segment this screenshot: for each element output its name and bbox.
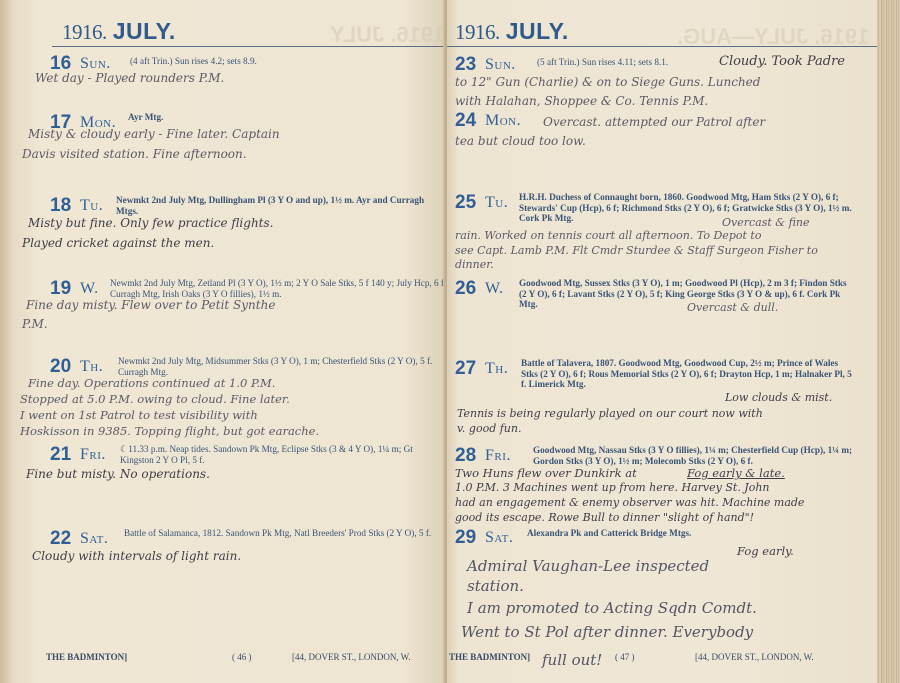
printed-notes: Battle of Talavera, 1807. Goodwood Mtg, … <box>521 358 856 390</box>
header-year: 1916. <box>62 20 107 44</box>
handwritten-line: Went to St Pol after dinner. Everybody <box>461 620 753 644</box>
day-name: W. <box>80 280 99 298</box>
day-number: 27 <box>455 358 476 380</box>
page-number: ( 47 ) <box>615 652 635 662</box>
handwritten-line: P.M. <box>22 316 48 332</box>
day-number: 24 <box>455 110 476 132</box>
day-number: 23 <box>455 54 476 76</box>
page-header: 1916.JULY. <box>62 18 176 45</box>
handwritten-line: rain. Worked on tennis court all afterno… <box>455 228 761 244</box>
day-name: Tu. <box>80 197 103 215</box>
handwritten-line: Fine day misty. Flew over to Petit Synth… <box>26 297 275 313</box>
page-number: ( 46 ) <box>232 652 252 662</box>
day-name: Sat. <box>485 529 513 547</box>
handwritten-line: Tennis is being regularly played on our … <box>457 406 763 422</box>
printed-notes: ☾11.33 p.m. Neap tides. Sandown Pk Mtg, … <box>120 444 448 465</box>
day-number: 21 <box>50 444 71 466</box>
handwritten-line: Cloudy with intervals of light rain. <box>32 548 241 564</box>
day-number: 28 <box>455 445 476 467</box>
handwritten-line: station. <box>467 574 524 598</box>
handwritten-line: Fog early & late. <box>687 465 785 481</box>
handwritten-line: Cloudy. Took Padre <box>719 54 845 70</box>
day-name: Fri. <box>80 446 106 464</box>
printed-notes: Newmkt 2nd July Mtg, Zetland Pl (3 Y O),… <box>110 278 448 299</box>
printed-notes: Goodwood Mtg, Nassau Stks (3 Y O fillies… <box>533 445 858 466</box>
handwritten-line: 1.0 P.M. 3 Machines went up from here. H… <box>455 480 770 496</box>
header-rule <box>52 46 444 47</box>
header-year: 1916. <box>455 20 500 44</box>
handwritten-line: with Halahan, Shoppee & Co. Tennis P.M. <box>455 93 708 109</box>
day-name: Sun. <box>485 56 516 74</box>
footer-publisher: THE BADMINTON] <box>449 652 530 662</box>
left-page: 1916. JULY 1916.JULY. 16 Sun. (4 aft Tri… <box>0 0 447 683</box>
handwritten-line: full out! <box>542 648 602 672</box>
day-number: 22 <box>50 528 71 550</box>
handwritten-line: Fog early. <box>737 543 794 559</box>
printed-notes: Alexandra Pk and Catterick Bridge Mtgs. <box>527 528 691 539</box>
handwritten-line: Stopped at 5.0 P.M. owing to cloud. Fine… <box>20 391 290 407</box>
handwritten-line: Overcast & dull. <box>687 300 778 316</box>
handwritten-line: Misty but fine. Only few practice flight… <box>28 215 273 231</box>
printed-notes: Ayr Mtg. <box>128 112 163 123</box>
printed-notes: Battle of Salamanca, 1812. Sandown Pk Mt… <box>124 528 448 539</box>
diary-spread: 1916. JULY 1916.JULY. 16 Sun. (4 aft Tri… <box>0 0 900 683</box>
day-name: Sat. <box>80 530 108 548</box>
printed-notes: Newmkt 2nd July Mtg, Midsummer Stks (3 Y… <box>118 356 448 377</box>
show-through-header: 1916. JULY <box>330 22 445 48</box>
handwritten-line: see Capt. Lamb P.M. Flt Cmdr Sturdee & S… <box>455 243 818 259</box>
handwritten-line: Fine day. Operations continued at 1.0 P.… <box>28 375 275 391</box>
day-name: Mon. <box>485 112 521 130</box>
footer-address: [44, DOVER ST., LONDON, W. <box>292 652 411 662</box>
handwritten-line: good its escape. Rowe Bull to dinner "sl… <box>455 510 754 526</box>
day-name: Th. <box>80 358 103 376</box>
printed-notes: (4 aft Trin.) Sun rises 4.2; sets 8.9. <box>130 56 257 67</box>
day-number: 29 <box>455 527 476 549</box>
handwritten-line: dinner. <box>455 257 494 273</box>
day-name: Th. <box>485 360 508 378</box>
day-name: Fri. <box>485 447 511 465</box>
header-month: JULY. <box>506 18 569 44</box>
printed-notes: (5 aft Trin.) Sun rises 4.11; sets 8.1. <box>537 57 668 68</box>
day-name: W. <box>485 280 504 298</box>
page-edges <box>877 0 900 683</box>
header-rule <box>447 46 877 47</box>
handwritten-line: Misty & cloudy early - Fine later. Capta… <box>28 126 280 142</box>
handwritten-line: tea but cloud too low. <box>455 133 586 149</box>
handwritten-line: I went on 1st Patrol to test visibility … <box>20 407 258 423</box>
page-header: 1916.JULY. <box>455 18 569 45</box>
day-number: 26 <box>455 278 476 300</box>
day-name: Tu. <box>485 194 508 212</box>
handwritten-line: Wet day - Played rounders P.M. <box>35 70 224 86</box>
handwritten-line: Davis visited station. Fine afternoon. <box>22 146 247 162</box>
handwritten-line: Played cricket against the men. <box>22 235 214 251</box>
handwritten-line: to 12" Gun (Charlie) & on to Siege Guns.… <box>455 74 760 90</box>
handwritten-line: Fine but misty. No operations. <box>26 466 210 482</box>
handwritten-line: Low clouds & mist. <box>725 390 832 406</box>
header-month: JULY. <box>113 18 176 44</box>
printed-notes: Newmkt 2nd July Mtg, Dullingham Pl (3 Y … <box>116 195 446 216</box>
day-number: 25 <box>455 192 476 214</box>
right-page: 1916. JULY—AUG. 1916.JULY. 23 Sun. (5 af… <box>447 0 877 683</box>
handwritten-line: had an engagement & enemy observer was h… <box>455 495 804 511</box>
handwritten-line: Hoskisson in 9385. Topping flight, but g… <box>20 423 319 439</box>
handwritten-line: Two Huns flew over Dunkirk at <box>455 465 637 481</box>
day-number: 18 <box>50 195 71 217</box>
handwritten-line: Overcast. attempted our Patrol after <box>543 114 765 130</box>
footer-address: [44, DOVER ST., LONDON, W. <box>695 652 814 662</box>
handwritten-line: v. good fun. <box>457 421 521 437</box>
footer-publisher: THE BADMINTON] <box>46 652 127 662</box>
handwritten-line: I am promoted to Acting Sqdn Comdt. <box>467 596 757 620</box>
